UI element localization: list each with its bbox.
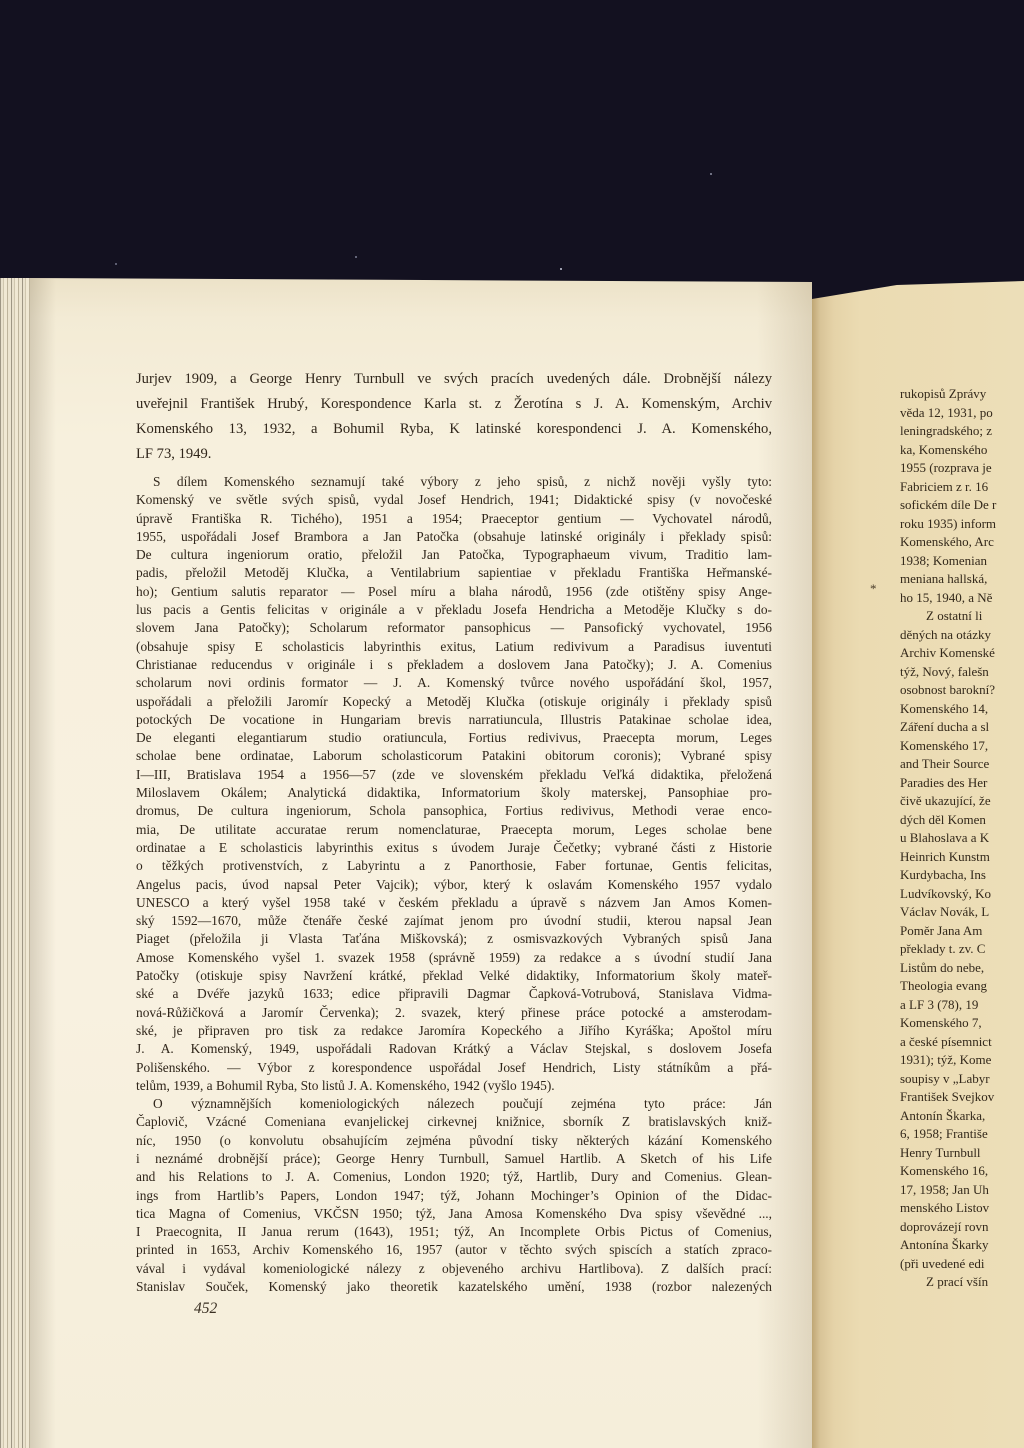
text-line: De cultura ingeniorum oratio, přeložil J… (136, 546, 772, 564)
text-line: scholae bene ordinatae, Laborum scholast… (136, 747, 772, 765)
text-line: ské a Dvéře jazyků 1633; edice připravil… (136, 985, 772, 1003)
text-line: i neznámé drobnější práce); George Henry… (136, 1150, 772, 1168)
paragraph: O významnějších komeniologických nálezec… (136, 1095, 772, 1296)
page-number: 452 (194, 1300, 217, 1318)
text-line: S dílem Komenského seznamují také výbory… (136, 473, 772, 491)
text-line: Fabriciem z r. 16 (900, 478, 1024, 497)
text-line: slovem Jana Patočky); Scholarum reformat… (136, 619, 772, 637)
text-line: Komenského 17, (900, 737, 1024, 756)
text-line: telům, 1939, a Bohumil Ryba, Sto listů J… (136, 1077, 772, 1095)
text-line: uspořádali a přeložili Jaromír Kopecký a… (136, 693, 772, 711)
text-line: sofickém díle De r (900, 496, 1024, 515)
text-line: and Their Source (900, 755, 1024, 774)
text-line: ho 15, 1940, a Ně (900, 589, 1024, 608)
text-line: Listům do nebe, (900, 959, 1024, 978)
text-line: ings from Hartlib’s Papers, London 1947;… (136, 1187, 772, 1205)
text-line: František Svejkov (900, 1088, 1024, 1107)
text-line: dromus, De cultura ingeniorum, Schola pa… (136, 802, 772, 820)
text-line: 1938; Komenian (900, 552, 1024, 571)
text-line: Patočky (otiskuje spisy Navržení krátké,… (136, 967, 772, 985)
text-line: 1955 (rozprava je (900, 459, 1024, 478)
text-line: nová-Růžičková a Jaromír Červenka); 2. s… (136, 1004, 772, 1022)
text-line: Antonín Škarka, (900, 1107, 1024, 1126)
text-line: Paradies des Her (900, 774, 1024, 793)
text-line: níc, 1950 (o konvolutu obsahujícím zejmé… (136, 1132, 772, 1150)
text-line: ské, je připraven pro tisk za redakce Ja… (136, 1022, 772, 1040)
text-line: Komenského 14, (900, 700, 1024, 719)
text-line: věda 12, 1931, po (900, 404, 1024, 423)
text-line: ho); Gentium salutis reparator — Posel m… (136, 583, 772, 601)
text-line: Václav Novák, L (900, 903, 1024, 922)
text-line: 1931); týž, Kome (900, 1051, 1024, 1070)
text-line: rukopisů Zprávy (900, 385, 1024, 404)
text-line: a české písemnict (900, 1033, 1024, 1052)
text-line: Antonína Škarky (900, 1236, 1024, 1255)
text-line: Henry Turnbull (900, 1144, 1024, 1163)
text-line: Komenský ve světle svých spisů, vydal Jo… (136, 491, 772, 509)
text-line: scholarum novi ordinis formator — J. A. … (136, 674, 772, 692)
scan-specks (560, 268, 562, 270)
text-line: 17, 1958; Jan Uh (900, 1181, 1024, 1200)
right-page-text: rukopisů Zprávyvěda 12, 1931, poleningra… (900, 385, 1024, 1292)
text-line: I—III, Bratislava 1954 a 1956—57 (zde ve… (136, 766, 772, 784)
text-line: mia, De utilitate accuratae rerum nomenc… (136, 821, 772, 839)
text-line: menského Listov (900, 1199, 1024, 1218)
text-line: Poměr Jana Am (900, 922, 1024, 941)
text-line: překlady t. zv. C (900, 940, 1024, 959)
text-line: vával i vydával komeniologické nálezy z … (136, 1260, 772, 1278)
text-line: Komenského 16, (900, 1162, 1024, 1181)
text-line: ordinatae a E scholasticis labyrinthis e… (136, 839, 772, 857)
left-page-text: Jurjev 1909, a George Henry Turnbull ve … (136, 367, 772, 1296)
text-line: Komenského, Arc (900, 533, 1024, 552)
text-line: týž, Nový, falešn (900, 663, 1024, 682)
text-line: meniana hallská, (900, 570, 1024, 589)
text-line: děných na otázky (900, 626, 1024, 645)
text-line: tica Magna of Comenius, VKČSN 1950; týž,… (136, 1205, 772, 1223)
text-line: O významnějších komeniologických nálezec… (136, 1095, 772, 1113)
text-line: Ludvíkovský, Ko (900, 885, 1024, 904)
text-line: Amose Komenského vyšel 1. svazek 1958 (s… (136, 949, 772, 967)
marginal-asterisk: * (870, 581, 877, 597)
text-line: leningradského; z (900, 422, 1024, 441)
text-line: ka, Komenského (900, 441, 1024, 460)
text-line: UNESCO a který vyšel 1958 také v českém … (136, 894, 772, 912)
text-line: De eleganti elegantiarum studio oratiunc… (136, 729, 772, 747)
text-line: (při uvedené edi (900, 1255, 1024, 1274)
text-line: Čaplovič, Vzácné Comeniana evanjelickej … (136, 1113, 772, 1131)
right-page: * rukopisů Zprávyvěda 12, 1931, polening… (812, 281, 1024, 1448)
text-line: and his Relations to J. A. Comenius, Lon… (136, 1168, 772, 1186)
text-line: Christianae reducendus v originále i s p… (136, 656, 772, 674)
text-line: soupisy v „Labyr (900, 1070, 1024, 1089)
text-line: čivě ukazující, že (900, 792, 1024, 811)
text-line: Jurjev 1909, a George Henry Turnbull ve … (136, 367, 772, 392)
text-line: 6, 1958; Františe (900, 1125, 1024, 1144)
text-line: roku 1935) inform (900, 515, 1024, 534)
text-line: osobnost barokní? (900, 681, 1024, 700)
text-line: Piaget (přeložila ji Vlasta Taťána Miško… (136, 930, 772, 948)
text-line: printed in 1653, Archiv Komenského 16, 1… (136, 1241, 772, 1259)
left-page: Jurjev 1909, a George Henry Turnbull ve … (30, 278, 812, 1448)
text-line: Miloslavem Okálem; Analytická didaktika,… (136, 784, 772, 802)
text-line: LF 73, 1949. (136, 442, 772, 467)
text-line: Polišenského. — Výbor z korespondence us… (136, 1059, 772, 1077)
text-line: úpravě Františka R. Tichého), 1951 a 195… (136, 510, 772, 528)
text-line: lus pacis a Gentis felicitas v originále… (136, 601, 772, 619)
text-line: Záření ducha a sl (900, 718, 1024, 737)
text-line: (obsahuje spisy E scholasticis labyrinth… (136, 638, 772, 656)
text-line: Z prací všín (900, 1273, 1024, 1292)
text-line: a LF 3 (78), 19 (900, 996, 1024, 1015)
text-line: Heinrich Kunstm (900, 848, 1024, 867)
text-line: u Blahoslava a K (900, 829, 1024, 848)
text-line: Kurdybacha, Ins (900, 866, 1024, 885)
text-line: Theologia evang (900, 977, 1024, 996)
text-line: doprovázejí rovn (900, 1218, 1024, 1237)
text-line: uveřejnil František Hrubý, Korespondence… (136, 392, 772, 417)
text-line: padis, přeložil Metoděj Klučka, a Ventil… (136, 564, 772, 582)
text-line: I Praecognita, II Janua rerum (1643), 19… (136, 1223, 772, 1241)
text-line: potockých De vocatione in Hungariam brev… (136, 711, 772, 729)
text-line: J. A. Komenský, 1949, uspořádali Radovan… (136, 1040, 772, 1058)
text-line: Stanislav Souček, Komenský jako theoreti… (136, 1278, 772, 1296)
text-line: o těžkých protivenstvích, z Labyrintu a … (136, 857, 772, 875)
text-line: Archiv Komenské (900, 644, 1024, 663)
text-line: Z ostatní li (900, 607, 1024, 626)
paragraph: Jurjev 1909, a George Henry Turnbull ve … (136, 367, 772, 467)
text-line: ský 1592—1670, může čtenáře české zajíma… (136, 912, 772, 930)
text-line: dých děl Komen (900, 811, 1024, 830)
text-line: 1955, uspořádali Josef Brambora a Jan Pa… (136, 528, 772, 546)
paragraph: S dílem Komenského seznamují také výbory… (136, 473, 772, 1095)
text-line: Komenského 7, (900, 1014, 1024, 1033)
book-fore-edge-pages (0, 278, 30, 1448)
text-line: Komenského 13, 1932, a Bohumil Ryba, K l… (136, 417, 772, 442)
text-line: Angelus pacis, úvod napsal Peter Vajcik)… (136, 876, 772, 894)
